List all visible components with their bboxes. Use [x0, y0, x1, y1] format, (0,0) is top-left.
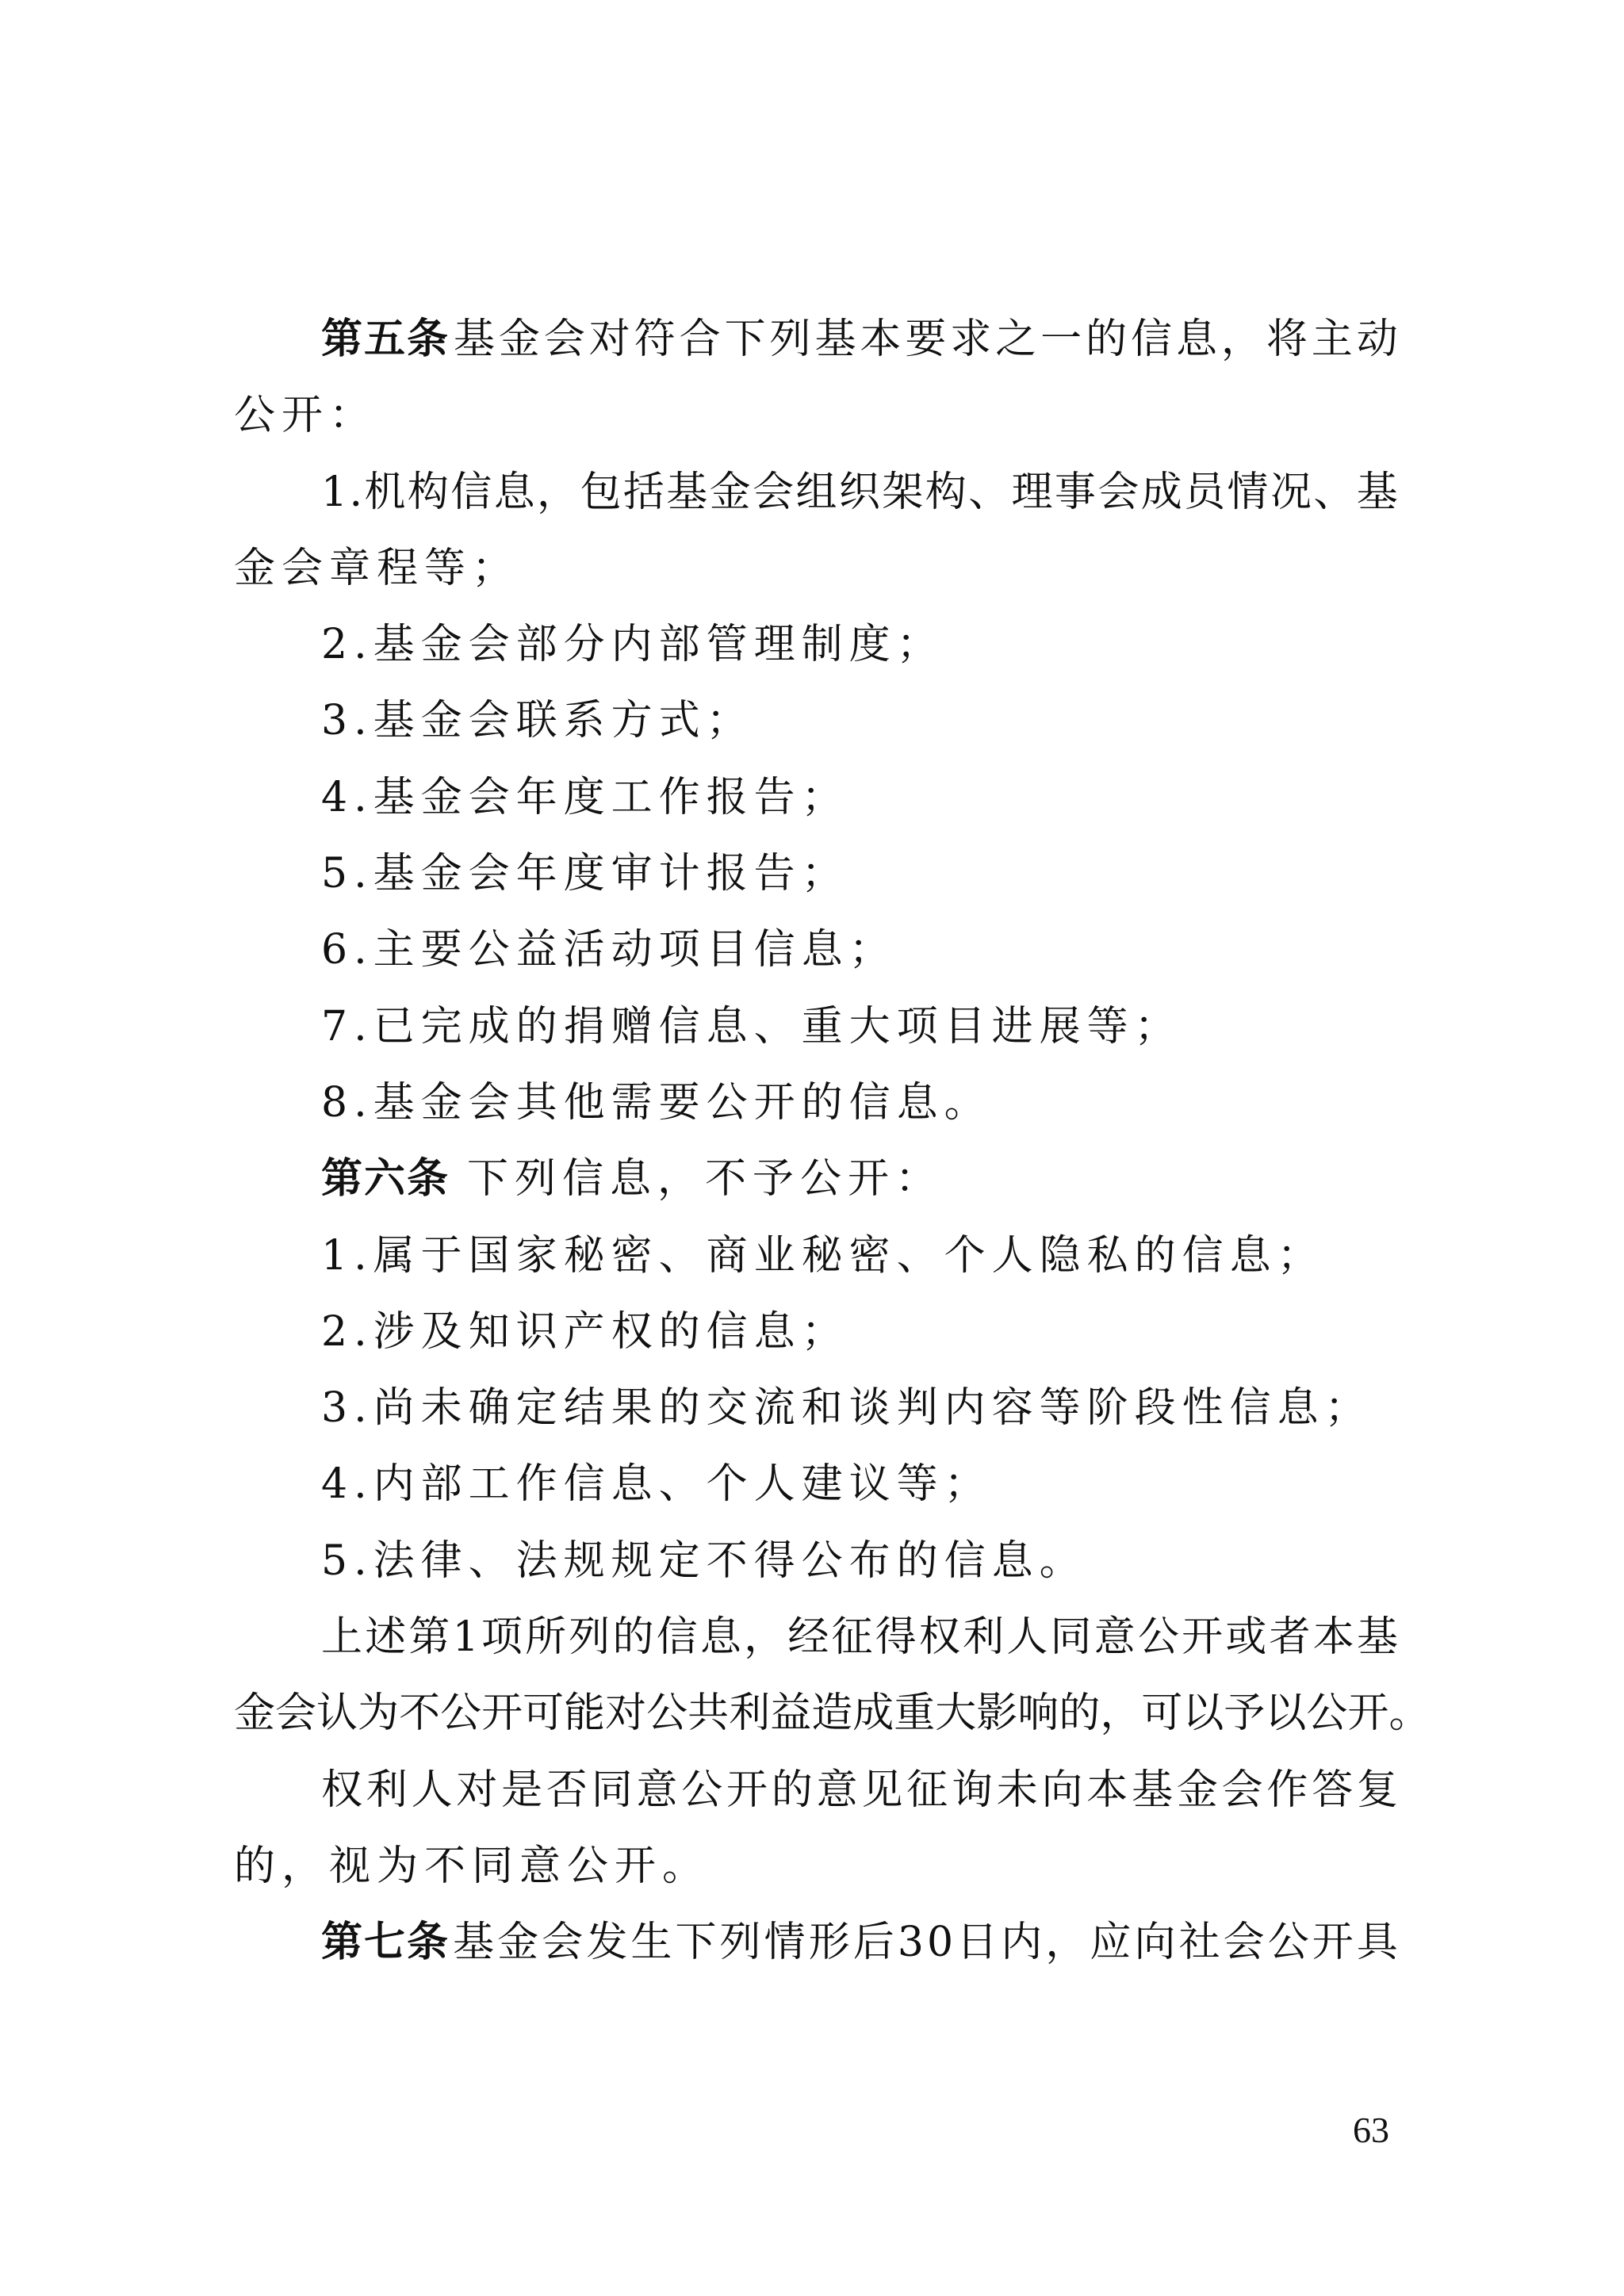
text-line: 第六条下列信息，不予公开：: [234, 1141, 1398, 1217]
glyph: 架: [882, 454, 923, 530]
glyph: 的: [613, 1599, 654, 1675]
line-text: 8.基金会其他需要公开的信息。: [321, 1079, 992, 1127]
glyph: 同: [1051, 1599, 1092, 1675]
glyph: 机: [364, 454, 405, 530]
glyph: 息: [1176, 301, 1217, 377]
line-text: 3.基金会联系方式；: [321, 697, 754, 744]
text-line: 金会认为不公开可能对公共利益造成重大影响的，可以予以公开。金会认为不公开可能对公…: [234, 1675, 1398, 1751]
line-text: 4.基金会年度工作报告；: [321, 774, 849, 821]
line-text: 5.基金会年度审计报告；: [321, 850, 849, 897]
glyph: 成: [852, 1675, 894, 1751]
glyph: 造: [811, 1675, 852, 1751]
glyph: 基: [666, 454, 707, 530]
line-text: 金会章程等；: [234, 545, 519, 592]
glyph: 益: [770, 1675, 811, 1751]
glyph: 向: [1042, 1752, 1083, 1828]
glyph: 金: [499, 301, 540, 377]
glyph: 影: [976, 1675, 1017, 1751]
text-line: 4.基金会年度工作报告；: [234, 760, 1398, 836]
glyph: 的: [1059, 1675, 1100, 1751]
glyph: 况: [1270, 454, 1312, 530]
glyph: 社: [1179, 1904, 1220, 1980]
glyph: 合: [680, 301, 721, 377]
glyph: 一: [1040, 301, 1082, 377]
glyph: 能: [564, 1675, 605, 1751]
glyph: 公: [646, 1675, 688, 1751]
glyph: 人: [1006, 1599, 1048, 1675]
glyph: 基: [1132, 1752, 1173, 1828]
glyph: ，: [1221, 301, 1262, 377]
line-text: 3.尚未确定结果的交流和谈判内容等阶段性信息；: [321, 1384, 1373, 1432]
glyph: 会: [544, 301, 585, 377]
glyph: 构: [925, 454, 967, 530]
glyph: 组: [795, 454, 837, 530]
text-line: 第七条基金会发生下列情形后 30 日内，应向社会公开具基金会发生下列情形后30日…: [234, 1904, 1398, 1980]
glyph: 见: [861, 1752, 902, 1828]
glyph: 述: [365, 1599, 406, 1675]
glyph: 基: [453, 1904, 494, 1980]
glyph: 所: [525, 1599, 566, 1675]
text-line: 2.基金会部分内部管理制度；: [234, 607, 1398, 683]
glyph: 会: [275, 1675, 316, 1751]
glyph: 形: [809, 1904, 850, 1980]
glyph: 者: [1270, 1599, 1311, 1675]
glyph: 共: [688, 1675, 729, 1751]
glyph: 理: [1012, 454, 1053, 530]
line-text: 的，视为不同意公开。: [234, 1843, 710, 1890]
glyph: 本: [1086, 1752, 1128, 1828]
glyph: 对: [456, 1752, 497, 1828]
glyph: 开: [1347, 1675, 1388, 1751]
glyph: 意: [1094, 1599, 1136, 1675]
text-line: 2.涉及知识产权的信息；: [234, 1294, 1398, 1370]
line-text: 2.涉及知识产权的信息；: [321, 1308, 849, 1356]
glyph: 开: [726, 1752, 768, 1828]
glyph: 情: [764, 1904, 806, 1980]
glyph: 、: [968, 454, 1009, 530]
glyph: 大: [935, 1675, 976, 1751]
glyph: 列: [569, 1599, 610, 1675]
glyph: 公: [1268, 1904, 1309, 1980]
glyph: ，: [744, 1599, 785, 1675]
glyph: 公: [1138, 1599, 1179, 1675]
glyph: 信: [450, 454, 492, 530]
glyph: 3: [898, 1904, 924, 1980]
line-text: 4.内部工作信息、个人建议等；: [321, 1460, 992, 1508]
article-label: 第六条: [321, 1154, 450, 1203]
glyph: 动: [1357, 301, 1398, 377]
glyph: ，: [537, 454, 578, 530]
text-line: 6.主要公益活动项目信息；: [234, 912, 1398, 988]
glyph: 人: [412, 1752, 453, 1828]
glyph: 、: [1313, 454, 1354, 530]
glyph: 基: [454, 301, 495, 377]
line-text: 下列信息，不予公开：: [467, 1155, 943, 1203]
glyph: 予: [1224, 1675, 1265, 1751]
glyph: 以: [1182, 1675, 1224, 1751]
text-line: 8.基金会其他需要公开的信息。: [234, 1065, 1398, 1141]
text-line: 第五条基金会对符合下列基本要求之一的信息，将主动基金会对符合下列基本要求之一的信…: [234, 301, 1398, 377]
glyph: 下: [725, 301, 766, 377]
glyph: 意: [817, 1752, 858, 1828]
article-label: 第七条: [321, 1904, 450, 1980]
glyph: 对: [589, 301, 630, 377]
glyph: 重: [894, 1675, 935, 1751]
text-line: 的，视为不同意公开。: [234, 1828, 1398, 1904]
glyph: 成: [1141, 454, 1182, 530]
text-line: 3.基金会联系方式；: [234, 683, 1398, 759]
glyph: 员: [1184, 454, 1225, 530]
glyph: 的: [1086, 301, 1127, 377]
glyph: 发: [586, 1904, 627, 1980]
glyph: 主: [1312, 301, 1353, 377]
glyph: 利: [366, 1752, 408, 1828]
document-body: 第五条基金会对符合下列基本要求之一的信息，将主动基金会对符合下列基本要求之一的信…: [234, 301, 1398, 1981]
glyph: 生: [630, 1904, 672, 1980]
glyph: 1: [453, 1599, 479, 1675]
glyph: 内: [1001, 1904, 1042, 1980]
glyph: 本: [1313, 1599, 1354, 1675]
glyph: 权: [321, 1752, 362, 1828]
glyph: 是: [501, 1752, 542, 1828]
glyph: 括: [623, 454, 665, 530]
glyph: 将: [1266, 301, 1308, 377]
line-text: 7.已完成的捐赠信息、重大项目进展等；: [321, 1003, 1182, 1050]
glyph: 信: [1131, 301, 1172, 377]
glyph: 基: [1357, 454, 1398, 530]
glyph: 日: [956, 1904, 998, 1980]
glyph: 公: [1306, 1675, 1347, 1751]
glyph: 利: [963, 1599, 1004, 1675]
article-label: 第五条: [321, 301, 450, 377]
glyph: 1: [321, 454, 347, 530]
text-line: 5.基金会年度审计报告；: [234, 836, 1398, 912]
glyph: 信: [657, 1599, 698, 1675]
text-line: 3.尚未确定结果的交流和谈判内容等阶段性信息；: [234, 1370, 1398, 1446]
glyph: 响: [1017, 1675, 1059, 1751]
glyph: 上: [321, 1599, 362, 1675]
text-line: 公开：: [234, 377, 1398, 453]
glyph: 会: [1222, 1752, 1263, 1828]
glyph: 事: [1055, 454, 1096, 530]
glyph: 会: [753, 454, 794, 530]
glyph: 列: [770, 301, 811, 377]
page-number: 63: [1353, 2110, 1389, 2150]
glyph: 第: [408, 1599, 450, 1675]
glyph: 向: [1134, 1904, 1175, 1980]
glyph: 金: [710, 454, 751, 530]
glyph: 金: [497, 1904, 538, 1980]
glyph: 征: [906, 1752, 948, 1828]
line-text: 5.法律、法规规定不得公布的信息。: [321, 1537, 1087, 1585]
text-line: 1.机构信息，包括基金会组织架构、理事会成员情况、基1.机构信息，包括基金会组织…: [234, 454, 1398, 530]
glyph: 答: [1312, 1752, 1353, 1828]
glyph: 要: [905, 301, 946, 377]
glyph: 符: [634, 301, 676, 377]
glyph: 可: [1141, 1675, 1182, 1751]
glyph: 权: [919, 1599, 960, 1675]
glyph: 对: [605, 1675, 646, 1751]
glyph: 金: [1177, 1752, 1218, 1828]
glyph: ，: [1045, 1904, 1086, 1980]
glyph: 应: [1090, 1904, 1131, 1980]
glyph: 公: [681, 1752, 722, 1828]
glyph: 为: [358, 1675, 399, 1751]
glyph: 得: [875, 1599, 917, 1675]
glyph: 意: [636, 1752, 677, 1828]
glyph: 后: [853, 1904, 894, 1980]
glyph: 具: [1357, 1904, 1398, 1980]
glyph: 开: [1312, 1904, 1354, 1980]
glyph: 求: [950, 301, 991, 377]
glyph: 不: [399, 1675, 440, 1751]
text-line: 上述第 1 项所列的信息，经征得权利人同意公开或者本基上述第1项所列的信息，经征…: [234, 1599, 1398, 1675]
glyph: 会: [542, 1904, 583, 1980]
document-page: 第五条基金会对符合下列基本要求之一的信息，将主动基金会对符合下列基本要求之一的信…: [0, 0, 1624, 2296]
glyph: 构: [408, 454, 449, 530]
glyph: 以: [1265, 1675, 1306, 1751]
line-text: 6.主要公益活动项目信息；: [321, 926, 897, 974]
glyph: 可: [523, 1675, 564, 1751]
glyph: 复: [1357, 1752, 1398, 1828]
glyph: 同: [592, 1752, 633, 1828]
glyph: 经: [787, 1599, 829, 1675]
glyph: 会: [1224, 1904, 1265, 1980]
glyph: 息: [494, 454, 535, 530]
glyph: 列: [720, 1904, 761, 1980]
glyph: 织: [839, 454, 880, 530]
glyph: 开: [1182, 1599, 1223, 1675]
glyph: 本: [860, 301, 901, 377]
glyph: 息: [700, 1599, 741, 1675]
glyph: 项: [481, 1599, 523, 1675]
glyph: 询: [952, 1752, 993, 1828]
glyph: 基: [814, 301, 856, 377]
glyph: 金: [234, 1675, 275, 1751]
glyph: 开: [481, 1675, 523, 1751]
glyph: 情: [1228, 454, 1269, 530]
glyph: 之: [995, 301, 1036, 377]
glyph: 基: [1357, 1599, 1398, 1675]
glyph: 认: [316, 1675, 358, 1751]
line-text: 1.属于国家秘密、商业秘密、个人隐私的信息；: [321, 1232, 1325, 1280]
glyph: 未: [997, 1752, 1038, 1828]
glyph: 作: [1266, 1752, 1308, 1828]
line-text: 公开：: [234, 392, 377, 439]
glyph: 利: [729, 1675, 770, 1751]
glyph: 下: [675, 1904, 716, 1980]
text-line: 1.属于国家秘密、商业秘密、个人隐私的信息；: [234, 1218, 1398, 1294]
text-line: 5.法律、法规规定不得公布的信息。: [234, 1523, 1398, 1599]
glyph: 的: [772, 1752, 813, 1828]
glyph: 。: [1388, 1675, 1430, 1751]
text-line: 金会章程等；: [234, 530, 1398, 607]
glyph: ，: [1100, 1675, 1141, 1751]
text-line: 4.内部工作信息、个人建议等；: [234, 1446, 1398, 1522]
glyph: 公: [440, 1675, 481, 1751]
line-text: 2.基金会部分内部管理制度；: [321, 621, 944, 668]
glyph: 征: [832, 1599, 873, 1675]
text-line: 权利人对是否同意公开的意见征询未向本基金会作答复权利人对是否同意公开的意见征询未…: [234, 1752, 1398, 1828]
glyph: .: [349, 454, 362, 530]
glyph: 或: [1225, 1599, 1266, 1675]
glyph: 会: [1097, 454, 1139, 530]
glyph: 否: [546, 1752, 588, 1828]
glyph: 包: [580, 454, 621, 530]
glyph: 0: [927, 1904, 953, 1980]
text-line: 7.已完成的捐赠信息、重大项目进展等；: [234, 989, 1398, 1065]
